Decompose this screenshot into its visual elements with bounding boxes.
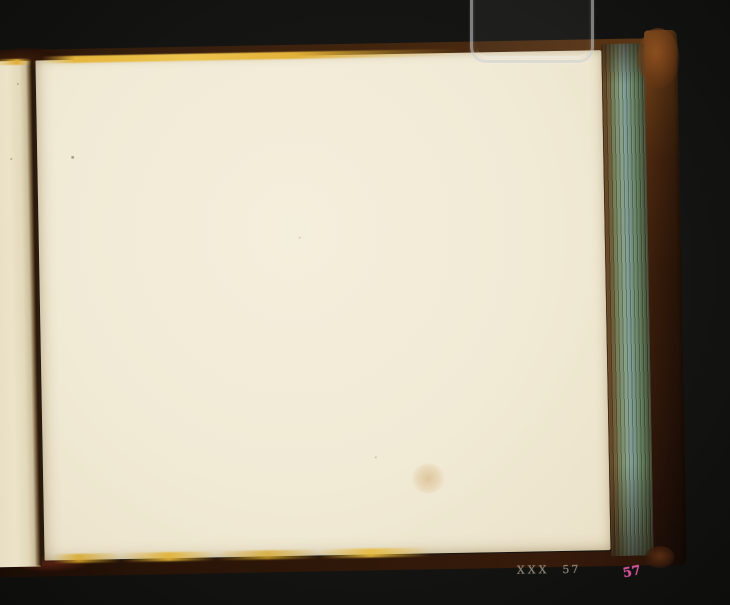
sketchbook: XXX57 57	[0, 38, 695, 575]
photo-background: XXX57 57	[0, 0, 730, 605]
page-stain	[411, 463, 446, 494]
page-speck	[375, 456, 377, 458]
accession-stamp: XXX57	[517, 563, 581, 577]
page-speck	[71, 156, 74, 159]
stamp-number: 57	[562, 563, 580, 576]
page-speck	[10, 158, 12, 160]
blank-page: XXX57 57	[35, 50, 610, 560]
page-speck	[17, 83, 19, 85]
perspex-clip	[470, 0, 594, 63]
perspex-clip-highlight	[477, 48, 587, 58]
pink-annotation: 57	[622, 563, 643, 581]
stamp-series: XXX	[517, 563, 550, 576]
gilt-top-edge-left	[0, 59, 32, 66]
page-speck	[299, 237, 301, 239]
